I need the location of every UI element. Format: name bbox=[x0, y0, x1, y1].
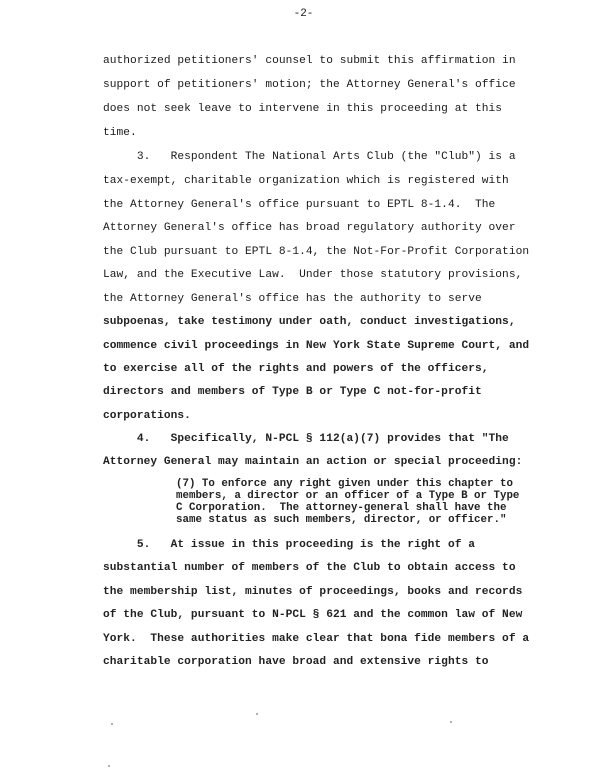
text-line: time. bbox=[103, 127, 137, 139]
scan-speck bbox=[111, 723, 113, 725]
text-line: to exercise all of the rights and powers… bbox=[103, 363, 489, 375]
text-line: support of petitioners' motion; the Atto… bbox=[103, 79, 516, 91]
text-line: tax-exempt, charitable organization whic… bbox=[103, 175, 509, 187]
scan-speck bbox=[108, 765, 110, 767]
text-line: charitable corporation have broad and ex… bbox=[103, 656, 489, 668]
text-line: the Attorney General's office pursuant t… bbox=[103, 199, 495, 211]
scan-speck bbox=[256, 713, 258, 715]
text-line: the membership list, minutes of proceedi… bbox=[103, 586, 522, 598]
text-line: does not seek leave to intervene in this… bbox=[103, 103, 502, 115]
text-line: Attorney General may maintain an action … bbox=[103, 456, 522, 468]
text-line: of the Club, pursuant to N-PCL § 621 and… bbox=[103, 609, 522, 621]
scan-speck bbox=[450, 721, 452, 723]
text-line: authorized petitioners' counsel to submi… bbox=[103, 55, 516, 67]
page-number: -2- bbox=[0, 8, 607, 20]
text-line: commence civil proceedings in New York S… bbox=[103, 340, 529, 352]
text-line: Law, and the Executive Law. Under those … bbox=[103, 269, 522, 281]
quote-line: (7) To enforce any right given under thi… bbox=[176, 479, 513, 491]
text-line: directors and members of Type B or Type … bbox=[103, 386, 482, 398]
text-line: corporations. bbox=[103, 410, 191, 422]
text-line: 4. Specifically, N-PCL § 112(a)(7) provi… bbox=[103, 433, 509, 445]
quote-line: C Corporation. The attorney-general shal… bbox=[176, 503, 506, 515]
text-line: the Club pursuant to EPTL 8-1.4, the Not… bbox=[103, 246, 529, 258]
text-line: subpoenas, take testimony under oath, co… bbox=[103, 316, 516, 328]
quote-line: members, a director or an officer of a T… bbox=[176, 491, 519, 503]
text-line: Attorney General's office has broad regu… bbox=[103, 222, 516, 234]
text-line: 3. Respondent The National Arts Club (th… bbox=[103, 151, 516, 163]
text-line: substantial number of members of the Clu… bbox=[103, 562, 516, 574]
quote-line: same status as such members, director, o… bbox=[176, 515, 506, 527]
text-line: York. These authorities make clear that … bbox=[103, 633, 529, 645]
text-line: the Attorney General's office has the au… bbox=[103, 293, 482, 305]
text-line: 5. At issue in this proceeding is the ri… bbox=[103, 539, 475, 551]
